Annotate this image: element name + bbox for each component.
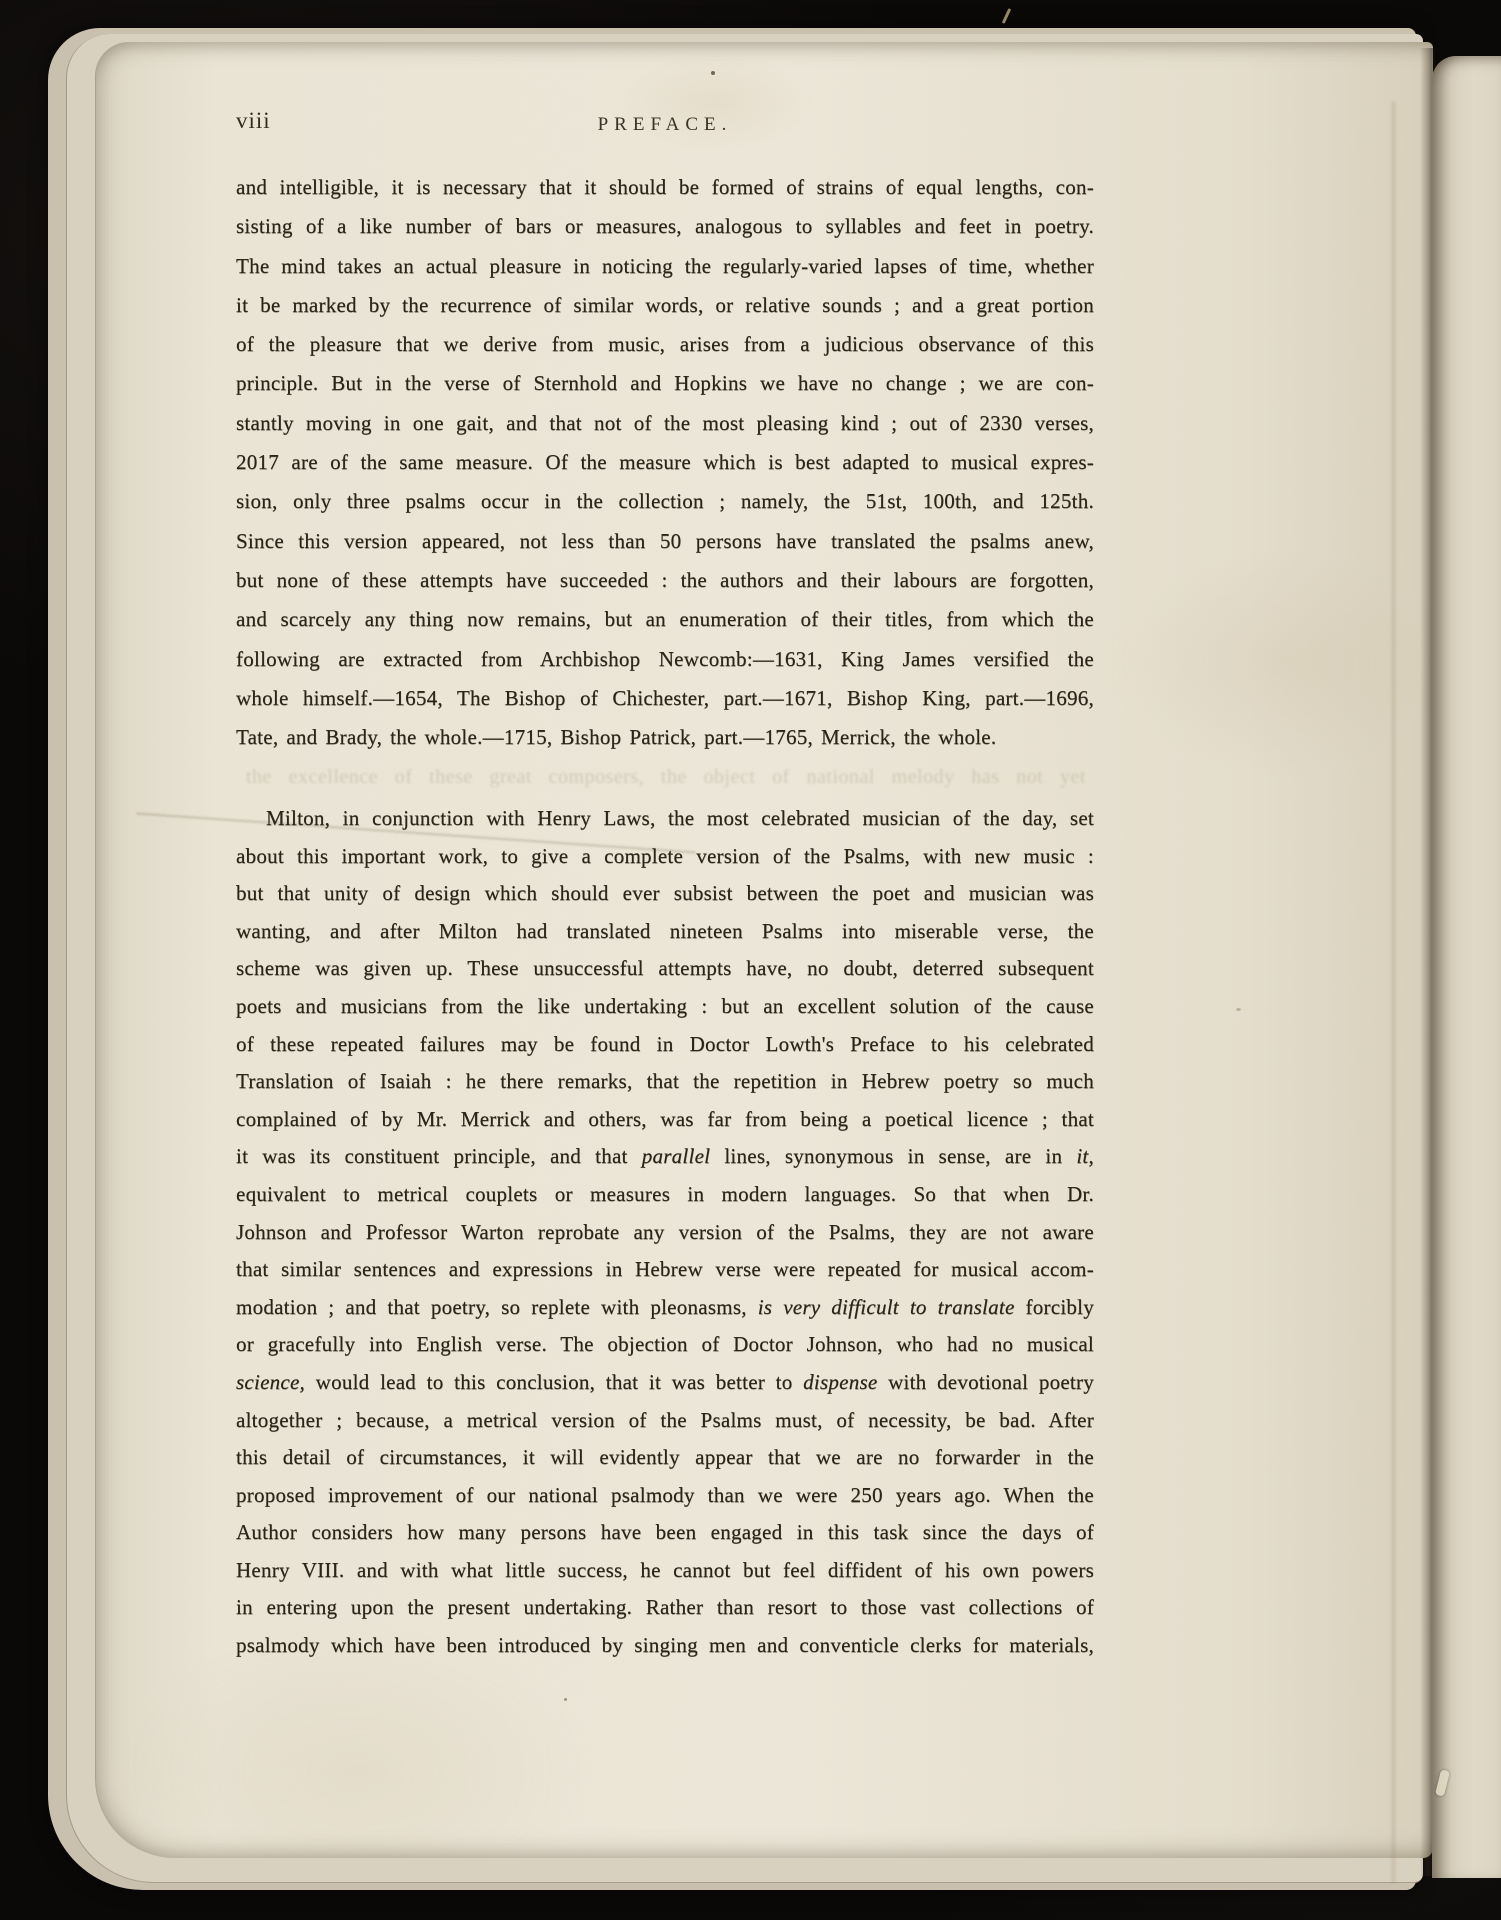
ink-speck xyxy=(564,1698,567,1701)
book-page: viii PREFACE. the excellence of these gr… xyxy=(95,42,1433,1858)
text-line: and scarcely any thing now remains, but … xyxy=(236,600,1094,639)
running-head-title: PREFACE. xyxy=(236,114,1094,136)
paper-blemish xyxy=(1236,1008,1241,1011)
paper-crease-vertical xyxy=(1392,102,1395,1882)
paper-fiber xyxy=(1002,8,1011,24)
text-line: complained of by Mr. Merrick and others,… xyxy=(236,1101,1094,1139)
text-line: but that unity of design which should ev… xyxy=(236,875,1094,913)
text-line: wanting, and after Milton had translated… xyxy=(236,913,1094,951)
text-line: Translation of Isaiah : he there remarks… xyxy=(236,1063,1094,1101)
paragraph-2: Milton, in conjunction with Henry Laws, … xyxy=(236,800,1094,1665)
text-line: principle. But in the verse of Sternhold… xyxy=(236,364,1094,403)
text-line: 2017 are of the same measure. Of the mea… xyxy=(236,443,1094,482)
text-line: stantly moving in one gait, and that not… xyxy=(236,404,1094,443)
text-line: of the pleasure that we derive from musi… xyxy=(236,325,1094,364)
next-page-edge xyxy=(1432,56,1501,1878)
text-line: equivalent to metrical couplets or measu… xyxy=(236,1176,1094,1214)
text-line: or gracefully into English verse. The ob… xyxy=(236,1326,1094,1364)
text-line: Johnson and Professor Warton reprobate a… xyxy=(236,1214,1094,1252)
text-line: sion, only three psalms occur in the col… xyxy=(236,482,1094,521)
text-line: following are extracted from Archbishop … xyxy=(236,640,1094,679)
text-line: in entering upon the present undertaking… xyxy=(236,1589,1094,1627)
book-photo: viii PREFACE. the excellence of these gr… xyxy=(0,0,1501,1920)
text-line: poets and musicians from the like undert… xyxy=(236,988,1094,1026)
text-line: psalmody which have been introduced by s… xyxy=(236,1627,1094,1665)
text-line: The mind takes an actual pleasure in not… xyxy=(236,247,1094,286)
text-line: of these repeated failures may be found … xyxy=(236,1026,1094,1064)
text-line: Since this version appeared, not less th… xyxy=(236,522,1094,561)
show-through-text: the excellence of these great composers,… xyxy=(246,766,1086,789)
text-line: Author considers how many persons have b… xyxy=(236,1514,1094,1552)
text-line: science, would lead to this conclusion, … xyxy=(236,1364,1094,1402)
text-line: Milton, in conjunction with Henry Laws, … xyxy=(236,800,1094,838)
text-line: proposed improvement of our national psa… xyxy=(236,1477,1094,1515)
paragraph-1: and intelligible, it is necessary that i… xyxy=(236,168,1094,757)
text-line: that similar sentences and expressions i… xyxy=(236,1251,1094,1289)
text-line: modation ; and that poetry, so replete w… xyxy=(236,1289,1094,1327)
text-line: this detail of circumstances, it will ev… xyxy=(236,1439,1094,1477)
text-line: altogether ; because, a metrical version… xyxy=(236,1402,1094,1440)
text-line: scheme was given up. These unsuccessful … xyxy=(236,950,1094,988)
text-line: it was its constituent principle, and th… xyxy=(236,1138,1094,1176)
ink-speck xyxy=(711,71,715,75)
text-line: but none of these attempts have succeede… xyxy=(236,561,1094,600)
text-line: whole himself.—1654, The Bishop of Chich… xyxy=(236,679,1094,718)
text-line: sisting of a like number of bars or meas… xyxy=(236,207,1094,246)
text-line: and intelligible, it is necessary that i… xyxy=(236,168,1094,207)
text-line: it be marked by the recurrence of simila… xyxy=(236,286,1094,325)
text-line: Henry VIII. and with what little success… xyxy=(236,1552,1094,1590)
text-line: Tate, and Brady, the whole.—1715, Bishop… xyxy=(236,718,1094,757)
text-line: about this important work, to give a com… xyxy=(236,838,1094,876)
